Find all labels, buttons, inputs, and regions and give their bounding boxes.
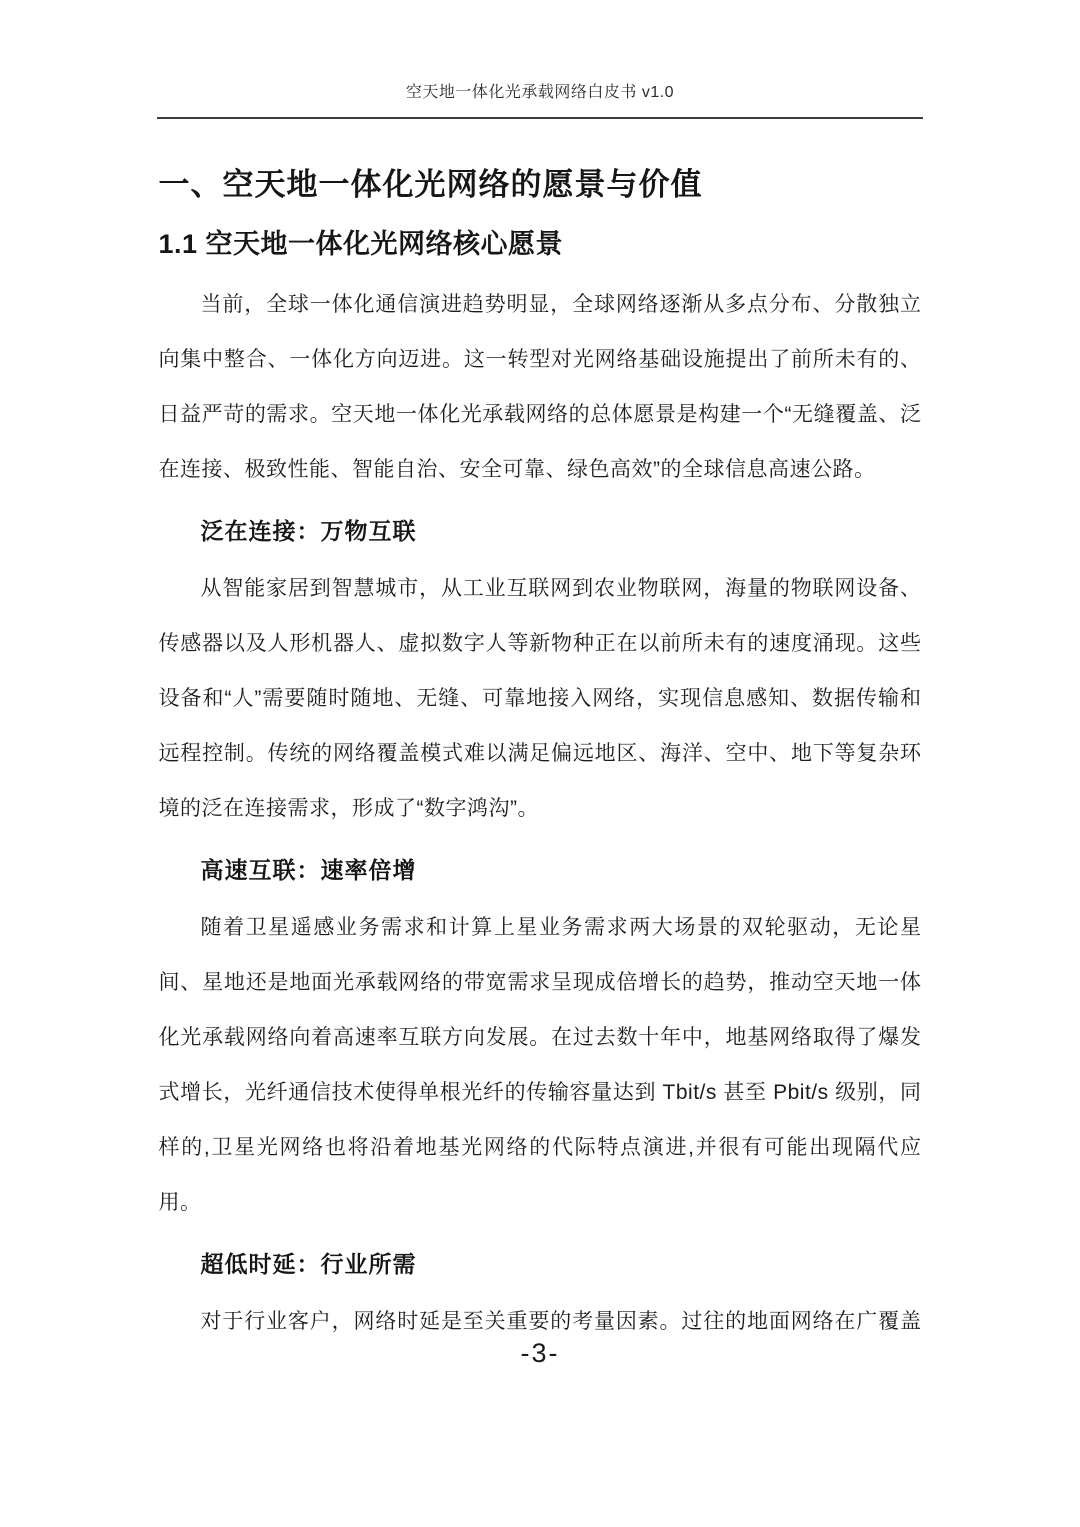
heading-level-1: 一、空天地一体化光网络的愿景与价值: [159, 165, 922, 205]
document-content: 一、空天地一体化光网络的愿景与价值 1.1 空天地一体化光网络核心愿景 当前，全…: [159, 165, 922, 1349]
body-paragraph: 随着卫星遥感业务需求和计算上星业务需求两大场景的双轮驱动，无论星间、星地还是地面…: [159, 900, 922, 1230]
body-paragraph: 当前，全球一体化通信演进趋势明显，全球网络逐渐从多点分布、分散独立向集中整合、一…: [159, 277, 922, 497]
doc-header-title: 空天地一体化光承载网络白皮书 v1.0: [0, 0, 1080, 102]
header-rule: [157, 117, 923, 119]
section-subheading: 超低时延：行业所需: [159, 1249, 922, 1279]
section-subheading: 高速互联：速率倍增: [159, 855, 922, 885]
heading-level-2: 1.1 空天地一体化光网络核心愿景: [159, 227, 922, 262]
document-page: 空天地一体化光承载网络白皮书 v1.0 一、空天地一体化光网络的愿景与价值 1.…: [0, 0, 1080, 1527]
body-paragraph: 从智能家居到智慧城市，从工业互联网到农业物联网，海量的物联网设备、传感器以及人形…: [159, 561, 922, 836]
page-number: -3-: [0, 1338, 1080, 1369]
section-subheading: 泛在连接：万物互联: [159, 516, 922, 546]
